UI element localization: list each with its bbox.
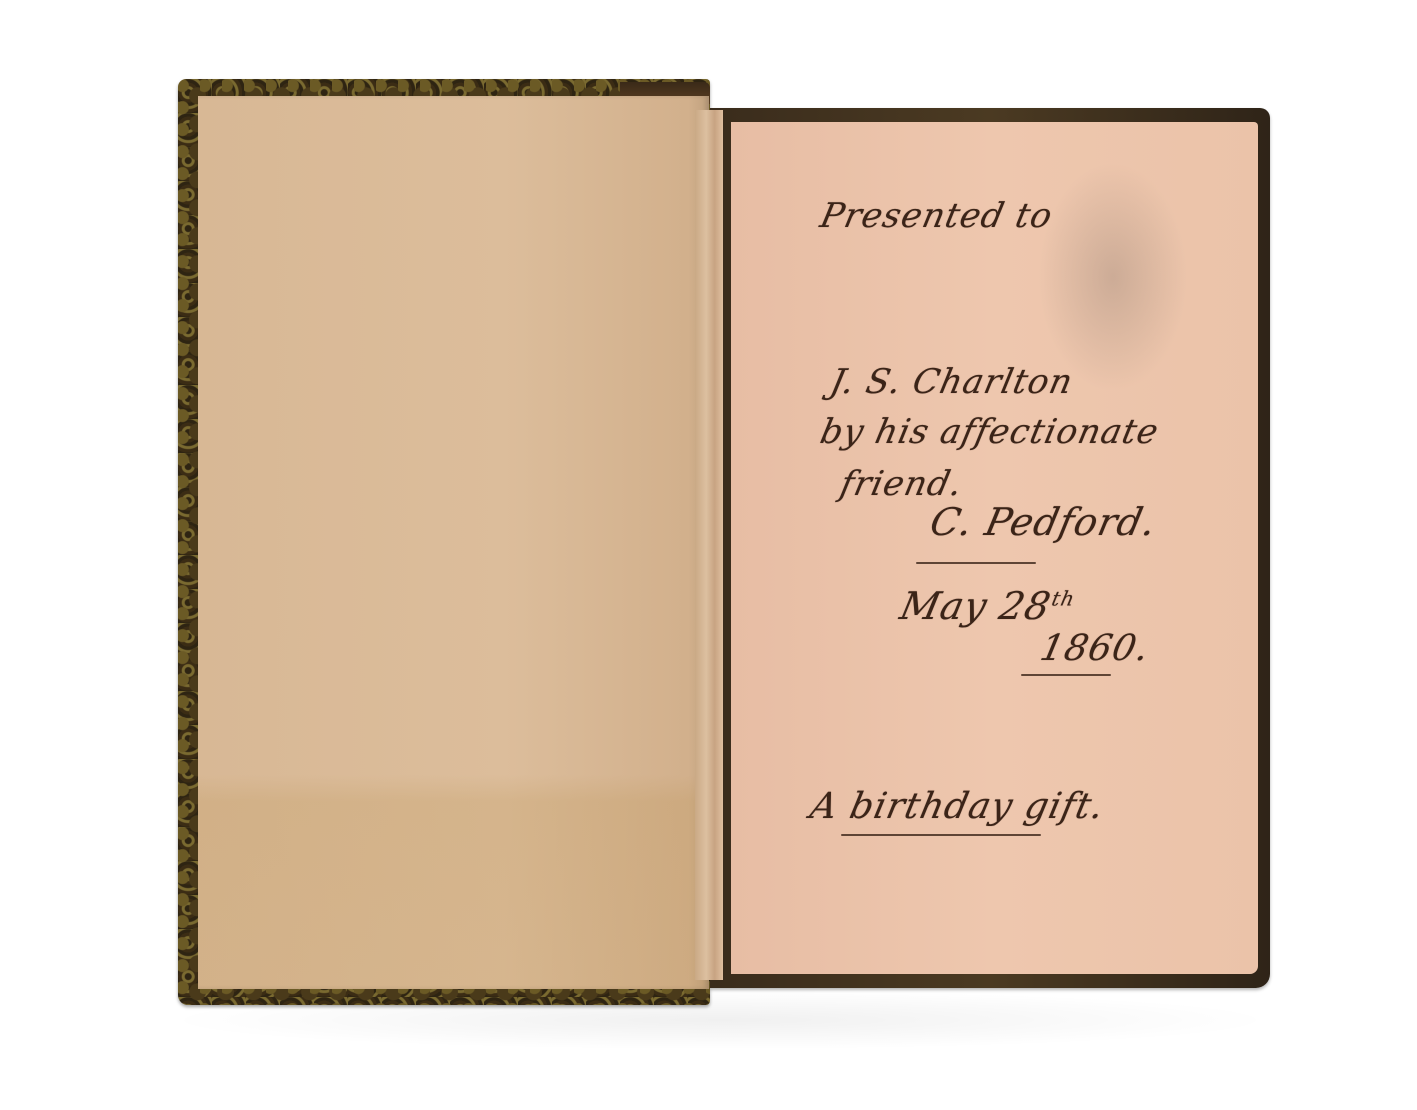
- inscription-recipient: J. S. Charlton: [827, 362, 1077, 402]
- handwritten-inscription: Presented to J. S. Charlton by his affec…: [731, 122, 1258, 974]
- signature-flourish: [916, 562, 1036, 564]
- inscription-year: 1860.: [1037, 628, 1154, 669]
- left-endpaper-blank: [198, 96, 709, 989]
- inscribed-flyleaf: Presented to J. S. Charlton by his affec…: [731, 122, 1258, 974]
- gift-flourish: [841, 834, 1041, 836]
- inscription-date: May 28th: [896, 584, 1078, 628]
- inscription-signature: C. Pedford.: [926, 500, 1160, 544]
- inscription-birthday-gift: A birthday gift.: [807, 786, 1109, 827]
- gutter-fold: [695, 110, 723, 980]
- year-flourish: [1021, 674, 1111, 676]
- date-month-day: May 28: [896, 584, 1055, 628]
- inscription-friend: friend.: [837, 464, 967, 504]
- date-ordinal: th: [1050, 586, 1078, 610]
- inscription-by-line: by his affectionate: [817, 412, 1163, 452]
- inscription-presented-to: Presented to: [817, 196, 1057, 236]
